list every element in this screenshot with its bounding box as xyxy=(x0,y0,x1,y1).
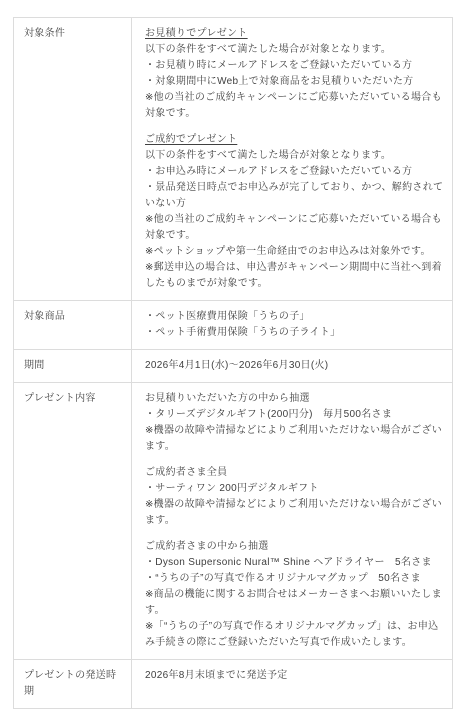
paragraph-gap xyxy=(145,455,447,465)
text-line: 以下の条件をすべて満たした場合が対象となります。 xyxy=(145,42,447,58)
text-line: ・タリーズデジタルギフト(200円分) 毎月500名さま xyxy=(145,407,447,423)
table-row: 対象商品・ペット医療費用保険「うちの子」・ペット手術費用保険「うちの子ライト」 xyxy=(14,301,453,350)
row-header-conditions: 対象条件 xyxy=(14,18,132,301)
text-line: ※機器の故障や清掃などによりご利用いただけない場合がございます。 xyxy=(145,497,447,529)
text-line: ※他の当社のご成約キャンペーンにご応募いただいている場合も対象です。 xyxy=(145,90,447,122)
row-header-present-details: プレゼント内容 xyxy=(14,383,132,660)
row-header-shipping: プレゼントの発送時期 xyxy=(14,660,132,709)
text-line: 以下の条件をすべて満たした場合が対象となります。 xyxy=(145,148,447,164)
table-row: 期間2026年4月1日(水)〜2026年6月30日(火) xyxy=(14,350,453,383)
text-line: ※「“うちの子”の写真で作るオリジナルマグカップ」は、お申込み手続きの際にご登録… xyxy=(145,619,447,651)
text-line: ・Dyson Supersonic Nural™ Shine ヘアドライヤー 5… xyxy=(145,555,447,571)
table-row: プレゼント内容お見積りいただいた方の中から抽選・タリーズデジタルギフト(200円… xyxy=(14,383,453,660)
text-line: ・お見積り時にメールアドレスをご登録いただいている方 xyxy=(145,58,447,74)
text-line: ・ペット医療費用保険「うちの子」 xyxy=(145,309,447,325)
row-header-products: 対象商品 xyxy=(14,301,132,350)
text-line: ※郵送申込の場合は、申込書がキャンペーン期間中に当社へ到着したものまでが対象です… xyxy=(145,260,447,292)
text-line: ・景品発送日時点でお申込みが完了しており、かつ、解約されていない方 xyxy=(145,180,447,212)
campaign-terms-section: 対象条件お見積りでプレゼント以下の条件をすべて満たした場合が対象となります。・お… xyxy=(13,17,453,709)
table-row: 対象条件お見積りでプレゼント以下の条件をすべて満たした場合が対象となります。・お… xyxy=(14,18,453,301)
row-content-period: 2026年4月1日(水)〜2026年6月30日(火) xyxy=(132,350,453,383)
text-line: ※機器の故障や清掃などによりご利用いただけない場合がございます。 xyxy=(145,423,447,455)
campaign-table-body: 対象条件お見積りでプレゼント以下の条件をすべて満たした場合が対象となります。・お… xyxy=(14,18,453,709)
text-line: ・“うちの子”の写真で作るオリジナルマグカップ 50名さま xyxy=(145,571,447,587)
text-line: ・対象期間中にWeb上で対象商品をお見積りいただいた方 xyxy=(145,74,447,90)
campaign-terms-table: 対象条件お見積りでプレゼント以下の条件をすべて満たした場合が対象となります。・お… xyxy=(13,17,453,709)
text-line: お見積りいただいた方の中から抽選 xyxy=(145,391,447,407)
row-content-shipping: 2026年8月末頃までに発送予定 xyxy=(132,660,453,709)
underlined-heading: ご成約でプレゼント xyxy=(145,132,447,148)
paragraph-gap xyxy=(145,122,447,132)
table-row: プレゼントの発送時期2026年8月末頃までに発送予定 xyxy=(14,660,453,709)
text-line: 2026年8月末頃までに発送予定 xyxy=(145,668,447,684)
text-line: ※他の当社のご成約キャンペーンにご応募いただいている場合も対象です。 xyxy=(145,212,447,244)
row-header-period: 期間 xyxy=(14,350,132,383)
text-line: ・サーティワン 200円デジタルギフト xyxy=(145,481,447,497)
underlined-heading: お見積りでプレゼント xyxy=(145,26,447,42)
text-line: 2026年4月1日(水)〜2026年6月30日(火) xyxy=(145,358,447,374)
row-content-conditions: お見積りでプレゼント以下の条件をすべて満たした場合が対象となります。・お見積り時… xyxy=(132,18,453,301)
row-content-present-details: お見積りいただいた方の中から抽選・タリーズデジタルギフト(200円分) 毎月50… xyxy=(132,383,453,660)
text-line: ・お申込み時にメールアドレスをご登録いただいている方 xyxy=(145,164,447,180)
text-line: ※ペットショップや第一生命経由でのお申込みは対象外です。 xyxy=(145,244,447,260)
text-line: ご成約者さまの中から抽選 xyxy=(145,539,447,555)
text-line: ※商品の機能に関するお問合せはメーカーさまへお願いいたします。 xyxy=(145,587,447,619)
paragraph-gap xyxy=(145,529,447,539)
row-content-products: ・ペット医療費用保険「うちの子」・ペット手術費用保険「うちの子ライト」 xyxy=(132,301,453,350)
text-line: ご成約者さま全員 xyxy=(145,465,447,481)
text-line: ・ペット手術費用保険「うちの子ライト」 xyxy=(145,325,447,341)
